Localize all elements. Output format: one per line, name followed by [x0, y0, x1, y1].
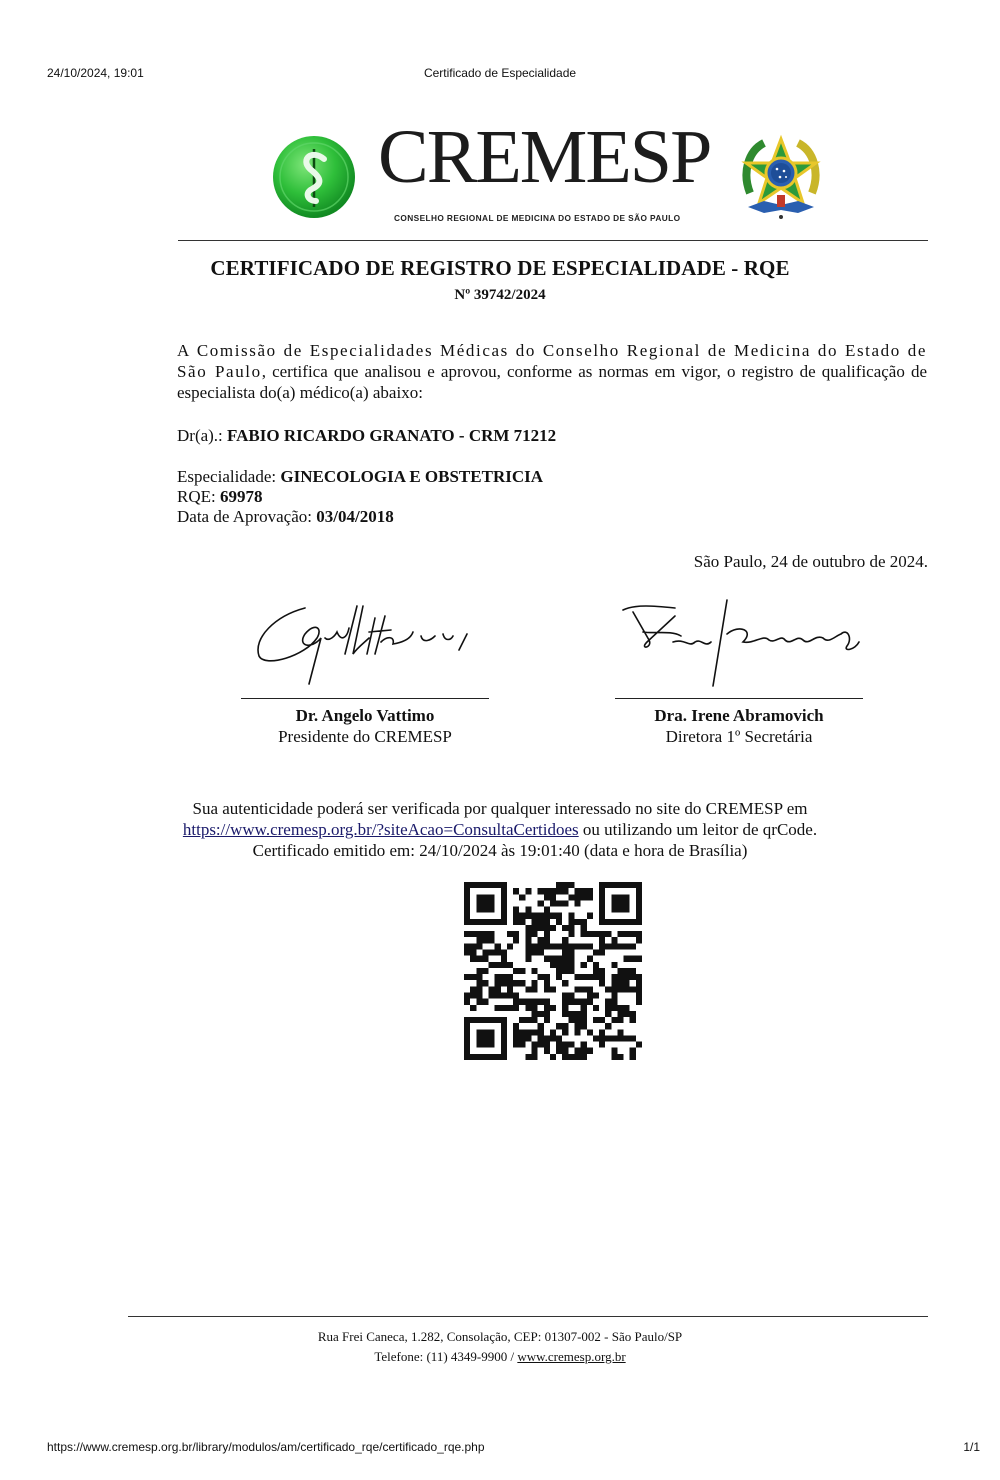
- doctor-row: Dr(a).: FABIO RICARDO GRANATO - CRM 7121…: [177, 426, 556, 446]
- signer-name: Dra. Irene Abramovich: [614, 705, 864, 726]
- intro-rest-text: , certifica que analisou e aprovou, conf…: [177, 362, 927, 402]
- print-footer-page: 1/1: [963, 1440, 980, 1454]
- specialty-value: GINECOLOGIA E OBSTETRICIA: [280, 467, 543, 486]
- approval-label: Data de Aprovação:: [177, 507, 312, 526]
- doctor-label: Dr(a).:: [177, 426, 223, 445]
- specialty-block: Especialidade: GINECOLOGIA E OBSTETRICIA…: [177, 467, 543, 527]
- verification-text: Sua autenticidade poderá ser verificada …: [0, 798, 1000, 861]
- print-footer-url: https://www.cremesp.org.br/library/modul…: [47, 1440, 485, 1454]
- signer-role: Diretora 1º Secretária: [614, 726, 864, 747]
- footer-address-block: Rua Frei Caneca, 1.282, Consolação, CEP:…: [0, 1327, 1000, 1367]
- header-divider: [178, 240, 928, 241]
- specialty-label: Especialidade:: [177, 467, 276, 486]
- signature-line: [241, 698, 489, 699]
- brand-tagline: CONSELHO REGIONAL DE MEDICINA DO ESTADO …: [394, 213, 680, 223]
- signer-role: Presidente do CREMESP: [240, 726, 490, 747]
- verification-issued: Certificado emitido em: 24/10/2024 às 19…: [0, 840, 1000, 861]
- place-date: São Paulo, 24 de outubro de 2024.: [694, 552, 928, 572]
- footer-address: Rua Frei Caneca, 1.282, Consolação, CEP:…: [0, 1327, 1000, 1347]
- qr-code-icon[interactable]: [464, 882, 642, 1060]
- approval-value: 03/04/2018: [316, 507, 393, 526]
- signature-secretary-icon: [615, 594, 865, 690]
- rqe-label: RQE:: [177, 487, 216, 506]
- certificate-intro: A Comissão de Especialidades Médicas do …: [177, 340, 927, 403]
- footer-phone: Telefone: (11) 4349-9900 /: [374, 1349, 517, 1364]
- verification-link[interactable]: https://www.cremesp.org.br/?siteAcao=Con…: [183, 820, 579, 839]
- brazil-coat-of-arms-icon: [740, 133, 822, 221]
- footer-website-link[interactable]: www.cremesp.org.br: [517, 1349, 625, 1364]
- signer-name: Dr. Angelo Vattimo: [240, 705, 490, 726]
- verification-line-1: Sua autenticidade poderá ser verificada …: [0, 798, 1000, 819]
- print-header-title: Certificado de Especialidade: [0, 66, 1000, 80]
- signature-block-secretary: Dra. Irene Abramovich Diretora 1º Secret…: [614, 698, 864, 747]
- cremesp-logo: CREMESP CONSELHO REGIONAL DE MEDICINA DO…: [270, 133, 820, 228]
- rqe-value: 69978: [220, 487, 263, 506]
- doctor-value: FABIO RICARDO GRANATO - CRM 71212: [227, 426, 556, 445]
- signature-line: [615, 698, 863, 699]
- certificate-number: Nº 39742/2024: [0, 287, 1000, 304]
- certificate-title: CERTIFICADO DE REGISTRO DE ESPECIALIDADE…: [0, 256, 1000, 281]
- brand-wordmark: CREMESP: [378, 119, 710, 195]
- footer-divider: [128, 1316, 928, 1317]
- signature-president-icon: [245, 598, 485, 690]
- caduceus-green-circle-icon: [272, 135, 356, 219]
- signature-block-president: Dr. Angelo Vattimo Presidente do CREMESP: [240, 698, 490, 747]
- verification-line-2: ou utilizando um leitor de qrCode.: [579, 820, 817, 839]
